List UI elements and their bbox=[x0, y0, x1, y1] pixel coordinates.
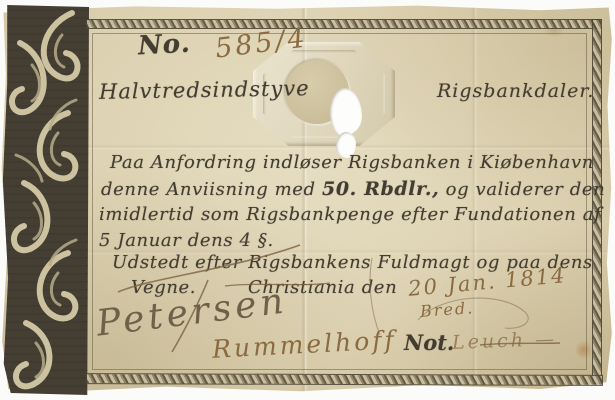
body-text-line2b: og validerer den bbox=[439, 179, 605, 200]
endorsement-handwritten: Bred. bbox=[419, 298, 474, 321]
acanthus-scroll-art bbox=[2, 5, 89, 395]
engraved-scroll-border bbox=[2, 5, 89, 395]
right-border-band bbox=[592, 19, 602, 384]
body-text-line4: 5 Januar dens 4 §. bbox=[99, 230, 274, 251]
body-text-line2a: denne Anviisning med bbox=[101, 179, 322, 200]
body-text-line1: Paa Anfordring indløser Rigsbanken i Kiø… bbox=[110, 152, 594, 173]
notary-signature: Leuch — bbox=[452, 328, 558, 354]
amount-numeric: 50. Rbdlr., bbox=[322, 178, 439, 200]
top-border-band bbox=[86, 19, 601, 29]
bottom-border-band bbox=[86, 373, 603, 386]
denomination-words: Halvtredsindstyve bbox=[99, 76, 310, 104]
banknote-scan: { "note": { "no_label": "No.", "serial_n… bbox=[0, 0, 615, 400]
serial-number-label: No. bbox=[137, 29, 191, 62]
body-text-line3: imidlertid som Rigsbankpenge efter Funda… bbox=[99, 204, 601, 225]
currency-name: Rigsbankdaler. bbox=[437, 80, 594, 102]
notary-label: Not. bbox=[404, 330, 454, 355]
body-text-line2: denne Anviisning med 50. Rbdlr., og vali… bbox=[101, 178, 605, 200]
